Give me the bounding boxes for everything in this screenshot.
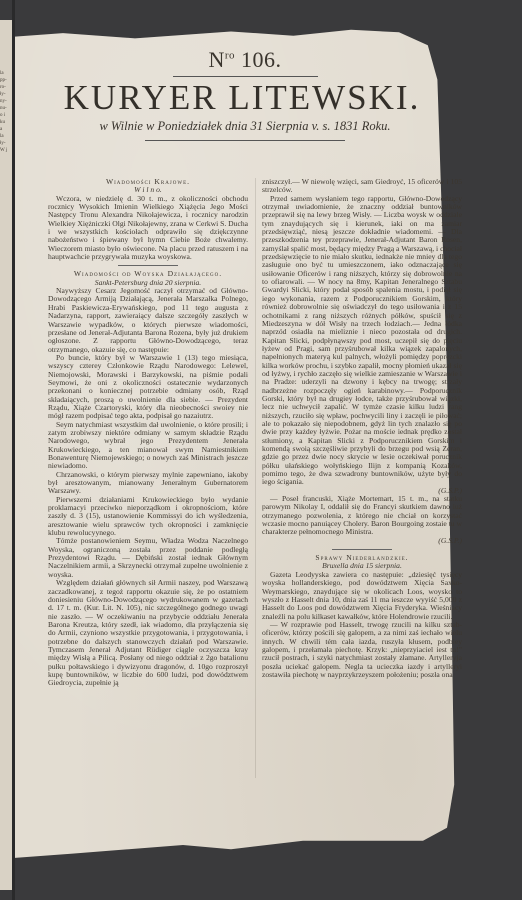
paragraph: zniszczył.— W niewolę wzięci, sam Giedro… xyxy=(262,178,462,195)
paragraph: Chrzanowski, o którym pierwszy mylnie za… xyxy=(48,471,248,496)
fragment: la xyxy=(0,70,12,77)
previous-page-fragments: la pp- ro- ły- ny- nu- o i ku a la ły- W… xyxy=(0,20,12,154)
masthead: Nro 106. KURYER LITEWSKI. w Wilnie w Pon… xyxy=(45,47,445,141)
paragraph: — Poseł francuski, Xiąże Mortemart, 15 t… xyxy=(262,495,462,537)
left-column: Wiadomości Krajowe. W i l n o. Wczora, w… xyxy=(48,178,248,688)
divider xyxy=(118,265,178,266)
paragraph: Względem działań głównych sił Armii nasz… xyxy=(48,579,248,687)
source-signature: (G.S.P.) xyxy=(262,537,462,545)
paragraph: Naywyższy Cesarz Jegomość raczył otrzyma… xyxy=(48,287,248,354)
paragraph: — W rozprawie pod Hasselt, trwogę rzucil… xyxy=(262,621,462,679)
paragraph: Po buncie, który był w Warszawie 1 (13) … xyxy=(48,354,248,421)
paragraph: Przed samem wysłaniem tego rapportu, Głó… xyxy=(262,195,462,487)
divider xyxy=(332,549,392,550)
fragment: ny- xyxy=(0,98,12,105)
fragment: o i xyxy=(0,112,12,119)
fragment: ku xyxy=(0,119,12,126)
fragment: ły- xyxy=(0,91,12,98)
fragment: ły- xyxy=(0,140,12,147)
fragment: a xyxy=(0,126,12,133)
paragraph: Seym natychmiast wszystkim dał uwolnieni… xyxy=(48,421,248,471)
issue-number: Nro 106. xyxy=(45,47,445,73)
right-column: zniszczył.— W niewolę wzięci, sam Giedro… xyxy=(262,178,462,679)
issue-prefix: N xyxy=(208,47,224,72)
fragment: pp- xyxy=(0,77,12,84)
issue-sup: ro xyxy=(225,50,235,62)
newspaper-title: KURYER LITEWSKI. xyxy=(39,79,445,117)
fragment: ro- xyxy=(0,84,12,91)
paragraph: Pierwszemi działaniami Krukowieckiego by… xyxy=(48,496,248,538)
paragraph: Wczora, w niedzielę d. 30 t. m., z okoli… xyxy=(48,195,248,262)
column-divider xyxy=(255,178,256,778)
fragment: la xyxy=(0,133,12,140)
fragment: nu- xyxy=(0,105,12,112)
paragraph: Tómże postanowieniem Seymu, Władza Wodza… xyxy=(48,537,248,579)
paragraph: Gazeta Leodyyska zawiera co następuie: „… xyxy=(262,571,462,621)
fragment: W j xyxy=(0,147,12,154)
dateline: w Wilnie w Poniedziałek dnia 31 Sierpnia… xyxy=(45,119,445,134)
book-spine xyxy=(12,0,15,900)
previous-page-edge: la pp- ro- ły- ny- nu- o i ku a la ły- W… xyxy=(0,20,12,890)
divider xyxy=(173,76,318,77)
divider xyxy=(145,140,345,141)
issue-value: 106. xyxy=(241,47,282,72)
